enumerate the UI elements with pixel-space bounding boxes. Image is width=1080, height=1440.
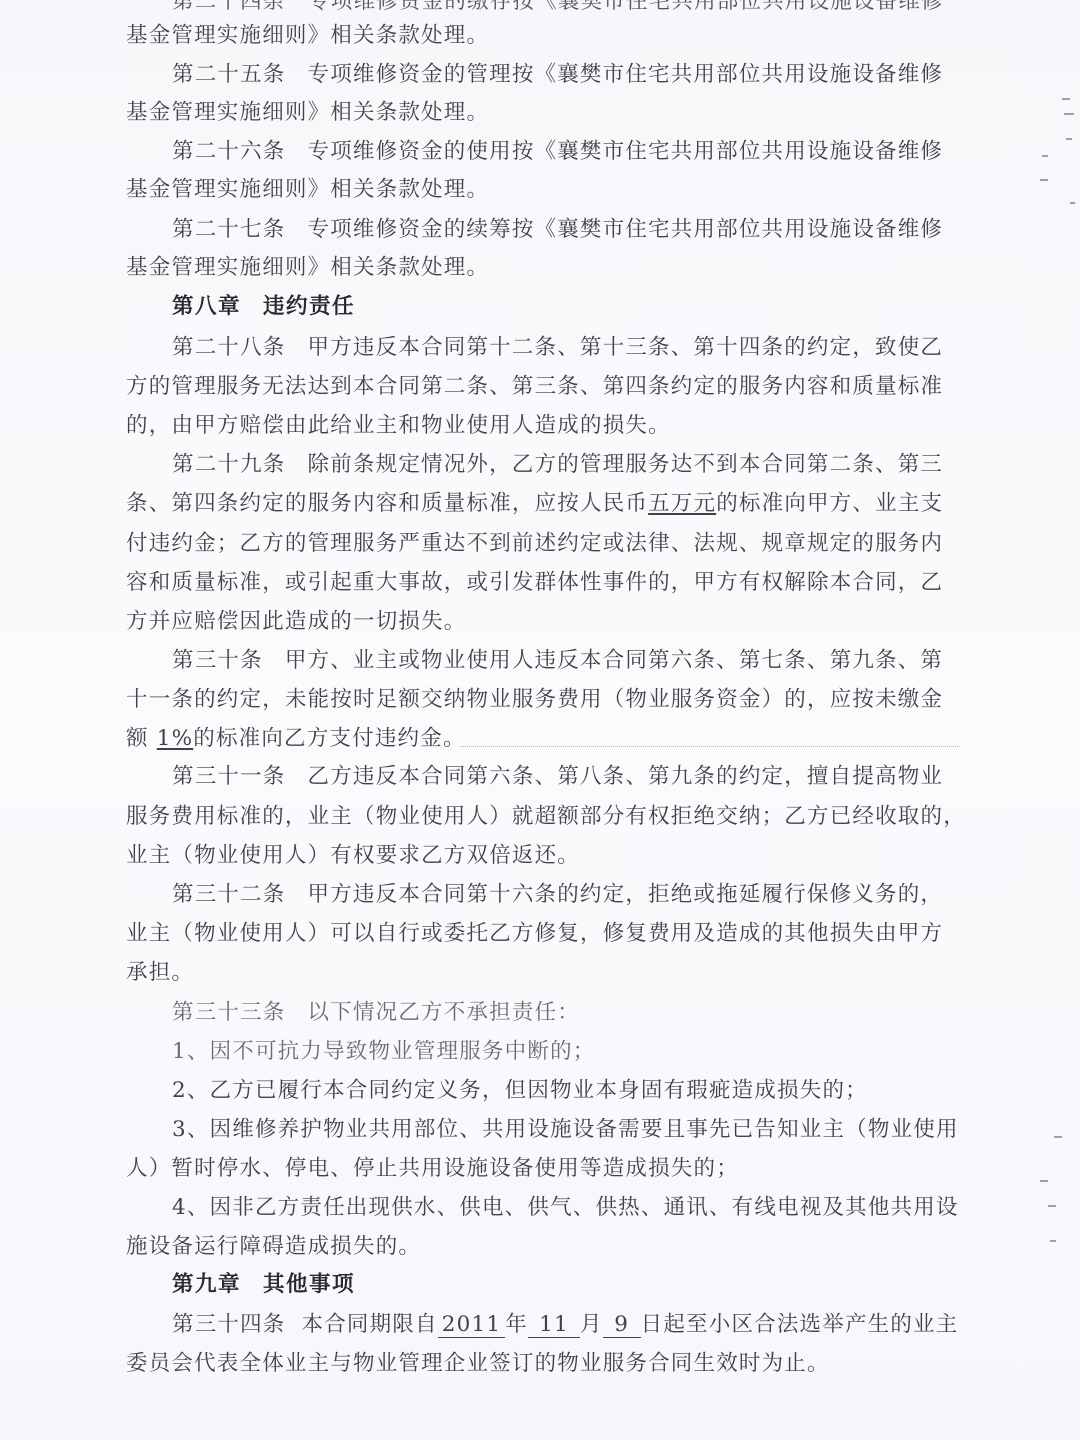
chapter-9-heading: 第九章其他事项 bbox=[172, 1271, 960, 1299]
article-29-line-3: 付违约金；乙方的管理服务严重达不到前述约定或法律、法规、规章规定的服务内 bbox=[126, 530, 960, 558]
article-number: 第三十三条 bbox=[172, 1000, 286, 1025]
article-27-line-1: 第二十七条专项维修资金的续筹按《襄樊市住宅共用部位共用设施设备维修 bbox=[172, 216, 960, 244]
text-segment: 的标准向甲方、业主支 bbox=[716, 491, 943, 516]
article-30-line-2: 十一条的约定，未能按时足额交纳物业服务费用（物业服务资金）的，应按未缴金 bbox=[126, 686, 960, 714]
exemption-item-1: 1、因不可抗力导致物业管理服务中断的； bbox=[172, 1038, 960, 1066]
article-text: 甲方违反本合同第十二条、第十三条、第十四条的约定，致使乙 bbox=[308, 335, 944, 360]
scan-speck bbox=[1040, 1180, 1048, 1182]
article-30-line-3: 额 1%的标准向乙方支付违约金。 bbox=[126, 725, 960, 753]
article-text: 专项维修资金的使用按《襄樊市住宅共用部位共用设施设备维修 bbox=[308, 139, 944, 164]
article-26-line-2: 基金管理实施细则》相关条款处理。 bbox=[126, 176, 960, 204]
article-32-line-3: 承担。 bbox=[126, 959, 960, 987]
article-26-line-1: 第二十六条专项维修资金的使用按《襄樊市住宅共用部位共用设施设备维修 bbox=[172, 138, 960, 166]
article-28-line-1: 第二十八条甲方违反本合同第十二条、第十三条、第十四条的约定，致使乙 bbox=[172, 334, 960, 362]
scan-speck bbox=[1040, 179, 1048, 181]
article-34-line-2: 委员会代表全体业主与物业管理企业签订的物业服务合同生效时为止。 bbox=[126, 1350, 960, 1378]
article-29-line-1: 第二十九条除前条规定情况外，乙方的管理服务达不到本合同第二条、第三 bbox=[172, 451, 960, 479]
text-segment: 本合同期限自 bbox=[302, 1312, 438, 1337]
article-33-line-1: 第三十三条以下情况乙方不承担责任： bbox=[172, 999, 960, 1027]
article-28-line-3: 的，由甲方赔偿由此给业主和物业使用人造成的损失。 bbox=[126, 412, 960, 440]
article-31-line-1: 第三十一条乙方违反本合同第六条、第八条、第九条的约定，擅自提高物业 bbox=[172, 763, 960, 791]
article-number: 第二十八条 bbox=[172, 335, 286, 360]
article-31-line-2: 服务费用标准的，业主（物业使用人）就超额部分有权拒绝交纳；乙方已经收取的， bbox=[126, 803, 960, 831]
article-29-line-2: 条、第四条约定的服务内容和质量标准，应按人民币五万元的标准向甲方、业主支 bbox=[126, 490, 960, 518]
article-29-line-4: 容和质量标准，或引起重大事故，或引发群体性事件的，甲方有权解除本合同，乙 bbox=[126, 569, 960, 597]
article-29-line-5: 方并应赔偿因此造成的一切损失。 bbox=[126, 608, 960, 636]
article-text: 以下情况乙方不承担责任： bbox=[308, 1000, 580, 1025]
article-27-line-2: 基金管理实施细则》相关条款处理。 bbox=[126, 254, 960, 282]
article-text: 专项维修资金的管理按《襄樊市住宅共用部位共用设施设备维修 bbox=[308, 62, 944, 87]
article-25-line-1: 第二十五条专项维修资金的管理按《襄樊市住宅共用部位共用设施设备维修 bbox=[172, 61, 960, 89]
chapter-title: 其他事项 bbox=[263, 1272, 355, 1297]
article-text: 专项维修资金的续筹按《襄樊市住宅共用部位共用设施设备维修 bbox=[308, 217, 944, 242]
article-32-line-1: 第三十二条甲方违反本合同第十六条的约定，拒绝或拖延履行保修义务的， bbox=[172, 881, 960, 909]
article-text: 除前条规定情况外，乙方的管理服务达不到本合同第二条、第三 bbox=[308, 452, 944, 477]
article-34-line-1: 第三十四条本合同期限自2011年11月9日起至小区合法选举产生的业主 bbox=[172, 1311, 960, 1339]
article-number: 第二十七条 bbox=[172, 217, 286, 242]
scan-speck bbox=[1064, 113, 1074, 115]
scan-speck bbox=[1048, 1205, 1056, 1207]
scan-speck bbox=[1050, 1240, 1056, 1242]
article-28-line-2: 方的管理服务无法达到本合同第二条、第三条、第四条约定的服务内容和质量标准 bbox=[126, 373, 960, 401]
article-number: 第三十二条 bbox=[172, 882, 286, 907]
scanned-contract-page: 第二十四条 专项维修资金的缴存按《襄樊市住宅共用部位共用设施设备维修 基金管理实… bbox=[0, 0, 1080, 1440]
scan-speck bbox=[1066, 138, 1072, 140]
article-number: 第三十条 bbox=[172, 648, 263, 673]
article-number: 第二十九条 bbox=[172, 452, 286, 477]
text-segment: 条、第四条约定的服务内容和质量标准，应按人民币 bbox=[126, 491, 648, 516]
article-30-line-1: 第三十条甲方、业主或物业使用人违反本合同第六条、第七条、第九条、第 bbox=[172, 647, 960, 675]
article-31-line-3: 业主（物业使用人）有权要求乙方双倍返还。 bbox=[126, 842, 960, 870]
article-32-line-2: 业主（物业使用人）可以自行或委托乙方修复，修复费用及造成的其他损失由甲方 bbox=[126, 920, 960, 948]
scan-speck bbox=[1054, 1136, 1062, 1138]
text-segment: 额 bbox=[126, 726, 157, 751]
start-month: 11 bbox=[528, 1313, 580, 1338]
text-segment: 的标准向乙方支付违约金。 bbox=[193, 726, 465, 751]
scan-speck bbox=[1062, 98, 1070, 100]
article-text: 甲方、业主或物业使用人违反本合同第六条、第七条、第九条、第 bbox=[285, 648, 943, 673]
penalty-rate: 1% bbox=[157, 726, 194, 751]
article-number: 第三十一条 bbox=[172, 764, 286, 789]
start-year: 2011 bbox=[438, 1313, 506, 1338]
start-day: 9 bbox=[603, 1313, 641, 1338]
exemption-item-2: 2、乙方已履行本合同约定义务，但因物业本身固有瑕疵造成损失的； bbox=[172, 1077, 960, 1105]
chapter-number: 第八章 bbox=[172, 294, 241, 319]
scan-artifact-dotted-line bbox=[460, 746, 960, 747]
article-24-line-1: 第二十四条 专项维修资金的缴存按《襄樊市住宅共用部位共用设施设备维修 bbox=[172, 0, 960, 16]
scan-speck bbox=[1070, 202, 1075, 204]
text-segment: 日起至小区合法选举产生的业主 bbox=[641, 1312, 959, 1337]
article-number: 第二十六条 bbox=[172, 139, 286, 164]
month-label: 月 bbox=[580, 1312, 603, 1337]
exemption-item-3-line-2: 人）暂时停水、停电、停止共用设施设备使用等造成损失的； bbox=[126, 1155, 960, 1183]
year-label: 年 bbox=[505, 1312, 528, 1337]
article-25-line-2: 基金管理实施细则》相关条款处理。 bbox=[126, 99, 960, 127]
article-number: 第二十五条 bbox=[172, 62, 286, 87]
article-text: 乙方违反本合同第六条、第八条、第九条的约定，擅自提高物业 bbox=[308, 764, 944, 789]
chapter-title: 违约责任 bbox=[263, 294, 355, 319]
chapter-number: 第九章 bbox=[172, 1272, 241, 1297]
exemption-item-3-line-1: 3、因维修养护物业共用部位、共用设施设备需要且事先已告知业主（物业使用 bbox=[172, 1116, 960, 1144]
exemption-item-4-line-1: 4、因非乙方责任出现供水、供电、供气、供热、通讯、有线电视及其他共用设 bbox=[172, 1194, 960, 1222]
article-number: 第三十四条 bbox=[172, 1312, 286, 1337]
scan-speck bbox=[1042, 155, 1048, 157]
article-24-line-2: 基金管理实施细则》相关条款处理。 bbox=[126, 22, 960, 50]
article-text: 甲方违反本合同第十六条的约定，拒绝或拖延履行保修义务的， bbox=[308, 882, 944, 907]
penalty-amount: 五万元 bbox=[648, 491, 716, 516]
chapter-8-heading: 第八章违约责任 bbox=[172, 293, 960, 321]
exemption-item-4-line-2: 施设备运行障碍造成损失的。 bbox=[126, 1233, 960, 1261]
